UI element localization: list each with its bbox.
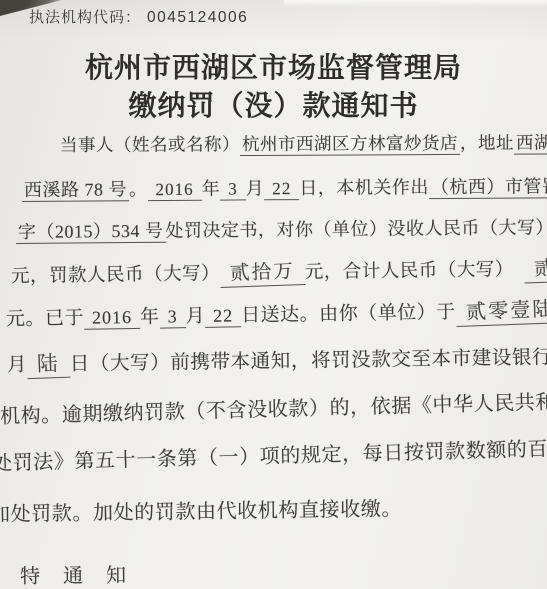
delivered-label: 元。已于	[6, 308, 84, 330]
body-line-fine-amount: 元，罚款人民币（大写）贰拾万元，合计人民币（大写）贰拾	[11, 251, 547, 290]
decision-issued-text: 日，本机关作出	[299, 177, 429, 198]
body-line-decision-number: 字（2015）534 号处罚决定书，对你（单位）没收人民币（大写）	[16, 213, 547, 244]
agency-code-label: 执法机构代码：	[29, 10, 141, 26]
total-amount-handwritten-part1: 贰拾	[523, 250, 547, 283]
total-label: 元，合计人民币（大写）	[305, 260, 514, 283]
due-year-handwritten: 贰零壹陆	[455, 292, 547, 327]
delivery-day-value: 22	[205, 305, 241, 328]
body-line-address-date: 西溪路 78 号。2016年3月22日，本机关作出（杭西）市管罚处	[22, 172, 547, 202]
address-value-part2: 西溪路 78 号	[22, 179, 129, 202]
body-line-special-notice: 特 通 知	[20, 559, 135, 589]
law-reference-text: 处罚法》第五十一条第（一）项的规定，每日按罚款数额的百分	[0, 438, 547, 475]
year-label2: 年	[140, 307, 160, 328]
surcharge-text: 加处罚款。加处的罚款由代收机构直接收缴。	[0, 498, 402, 526]
month-label2: 月	[185, 306, 205, 327]
decision-number-part2: 字（2015）534 号	[16, 221, 166, 244]
body-line-overdue-clause: 机构。逾期缴纳罚款（不含没收款）的，依据《中华人民共和国	[0, 385, 547, 429]
document-title-authority: 杭州市西湖区市场监督管理局	[0, 46, 547, 86]
decision-number-part1: （杭西）市管罚处	[429, 176, 547, 199]
decision-day-value: 22	[264, 179, 299, 200]
due-day-handwritten: 陆	[27, 346, 71, 379]
fine-amount-handwritten: 贰拾万	[219, 254, 305, 288]
body-line-surcharge: 加处罚款。加处的罚款由代收机构直接收缴。	[0, 492, 402, 527]
year-label: 年	[202, 179, 221, 199]
special-notice-text: 特 通 知	[20, 565, 135, 588]
delivery-month-value: 3	[159, 306, 185, 328]
party-label: 当事人（姓名或名称）	[60, 134, 240, 155]
document-title-notice: 缴纳罚（没）款通知书	[0, 84, 547, 124]
agency-code-line: 执法机构代码：0045124006	[29, 6, 248, 27]
address-label: ，地址	[460, 133, 514, 153]
month-label: 月	[246, 178, 265, 198]
overdue-text: 机构。逾期缴纳罚款（不含没收款）的，依据《中华人民共和国	[0, 391, 547, 428]
paper-top-edge	[284, 0, 547, 7]
body-line-due-day: 月陆日（大写）前携带本通知，将罚没款交至本市建设银行各	[7, 339, 547, 379]
pay-by-text: 日送达。由你（单位）于	[241, 302, 456, 326]
address-value-part1: 西湖区	[514, 132, 547, 154]
body-line-law-reference: 处罚法》第五十一条第（一）项的规定，每日按罚款数额的百分	[0, 432, 547, 476]
body-line-delivery-date: 元。已于2016年3月22日送达。由你（单位）于贰零壹陆年	[6, 293, 547, 333]
fine-label: 元，罚款人民币（大写）	[11, 264, 220, 287]
decision-year-value: 2016	[147, 180, 201, 201]
body-line-party: 当事人（姓名或名称）杭州市西湖区方林富炒货店，地址西湖区	[60, 129, 547, 157]
payment-instruction-text: 日（大写）前携带本通知，将罚没款交至本市建设银行各	[70, 347, 547, 375]
decision-month-value: 3	[220, 179, 246, 200]
document-photo: 执法机构代码：0045124006 杭州市西湖区市场监督管理局 缴纳罚（没）款通…	[0, 0, 547, 589]
period-mark: 。	[129, 179, 148, 199]
month-label3: 月	[7, 355, 27, 376]
party-name-value: 杭州市西湖区方林富炒货店	[240, 133, 460, 156]
agency-code-value: 0045124006	[147, 9, 248, 26]
delivery-year-value: 2016	[84, 307, 140, 330]
confiscation-text: 处罚决定书，对你（单位）没收人民币（大写）	[165, 217, 547, 240]
